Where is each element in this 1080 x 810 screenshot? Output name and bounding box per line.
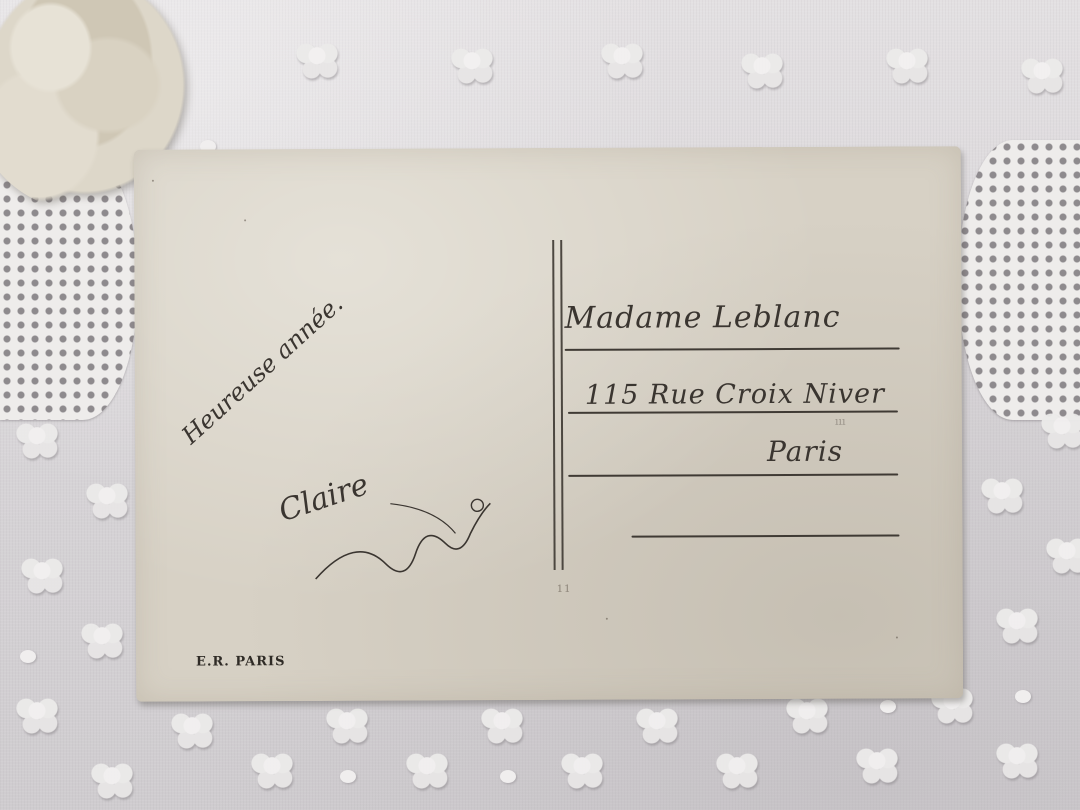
embroidered-flower bbox=[75, 615, 129, 661]
embroidered-flower bbox=[880, 40, 934, 86]
address-divider bbox=[552, 240, 563, 570]
divider-mark: 11 bbox=[557, 584, 572, 595]
embroidered-flower bbox=[1015, 50, 1069, 96]
address-line-4 bbox=[631, 534, 899, 537]
embroidered-flower bbox=[850, 740, 904, 786]
embroidered-flower bbox=[1035, 405, 1080, 451]
embroidered-flower bbox=[990, 600, 1044, 646]
embroidered-flower bbox=[10, 690, 64, 736]
embroidered-flower bbox=[290, 35, 344, 81]
embroidered-flower bbox=[245, 745, 299, 791]
publisher-imprint: E.R. PARIS bbox=[196, 654, 286, 669]
postcard: Heureuse année. Claire 11 Madame Leblanc… bbox=[134, 146, 963, 702]
embroidered-flower bbox=[85, 755, 139, 801]
embroidered-flower bbox=[975, 470, 1029, 516]
embroidered-flower bbox=[595, 35, 649, 81]
embroidered-dot bbox=[880, 700, 896, 713]
embroidered-flower bbox=[710, 745, 764, 791]
embroidered-flower bbox=[10, 415, 64, 461]
postmark-trace: ııı bbox=[835, 415, 846, 428]
embroidered-flower bbox=[630, 700, 684, 746]
embroidered-flower bbox=[165, 705, 219, 751]
embroidered-dot bbox=[340, 770, 356, 783]
embroidered-dot bbox=[500, 770, 516, 783]
greeting-text: Heureuse année. bbox=[176, 290, 348, 450]
address-line-3 bbox=[568, 473, 898, 476]
fabric-background: Heureuse année. Claire 11 Madame Leblanc… bbox=[0, 0, 1080, 810]
address-name: Madame Leblanc bbox=[564, 300, 840, 336]
address-line-2 bbox=[568, 410, 898, 413]
embroidered-flower bbox=[475, 700, 529, 746]
embroidered-flower bbox=[320, 700, 374, 746]
lace-doily-right bbox=[958, 140, 1080, 420]
embroidered-flower bbox=[80, 475, 134, 521]
address-line-1 bbox=[565, 347, 900, 350]
embroidered-flower bbox=[1040, 530, 1080, 576]
embroidered-dot bbox=[1015, 690, 1031, 703]
embroidered-flower bbox=[555, 745, 609, 791]
address-street: 115 Rue Croix Niver bbox=[585, 379, 885, 411]
embroidered-flower bbox=[445, 40, 499, 86]
embroidered-dot bbox=[20, 650, 36, 663]
embroidered-flower bbox=[15, 550, 69, 596]
embroidered-flower bbox=[990, 735, 1044, 781]
signature-flourish bbox=[295, 463, 496, 594]
embroidered-flower bbox=[735, 45, 789, 91]
address-city: Paris bbox=[767, 435, 843, 468]
embroidered-flower bbox=[400, 745, 454, 791]
